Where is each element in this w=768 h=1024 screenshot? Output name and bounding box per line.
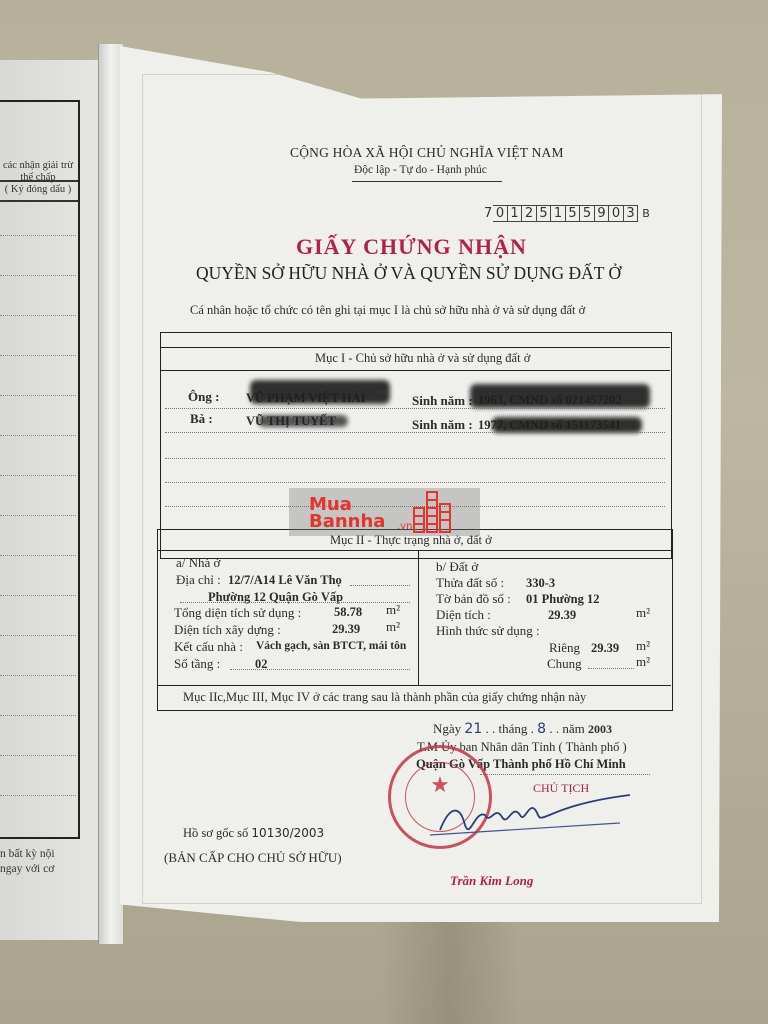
build-area-unit: m² xyxy=(386,619,400,635)
address-label: Địa chỉ : xyxy=(176,572,221,588)
left-dotted-line xyxy=(0,755,76,756)
dotted-line xyxy=(165,432,665,433)
left-stamp-box-text: các nhận giải trừ thế chấp ( Ký đóng dấu… xyxy=(0,160,76,196)
intro-text: Cá nhân hoặc tổ chức có tên ghi tại mục … xyxy=(190,303,585,318)
record-label: Hồ sơ gốc số xyxy=(183,826,248,840)
national-motto: Độc lập - Tự do - Hạnh phúc xyxy=(354,164,487,176)
land-heading: b/ Đất ở xyxy=(436,559,478,575)
left-page-frame xyxy=(0,100,80,839)
serial-digit: 2 xyxy=(522,205,537,222)
house-heading: a/ Nhà ở xyxy=(176,555,220,571)
parcel-value: 330-3 xyxy=(526,576,555,591)
map-sheet-label: Tờ bản đồ số : xyxy=(436,591,511,607)
build-area-label: Diện tích xây dựng : xyxy=(174,622,281,638)
land-area-unit: m² xyxy=(636,605,650,621)
serial-digit: 0 xyxy=(493,205,508,222)
left-dotted-line xyxy=(0,395,76,396)
left-dotted-line xyxy=(0,315,76,316)
address-line1: 12/7/A14 Lê Văn Thọ xyxy=(228,573,342,588)
certificate-subtitle: QUYỀN SỞ HỮU NHÀ Ở VÀ QUYỀN SỬ DỤNG ĐẤT … xyxy=(196,263,621,284)
left-dotted-line xyxy=(0,515,76,516)
left-text-line: thế chấp xyxy=(0,172,76,184)
left-divider xyxy=(0,200,78,202)
left-dotted-line xyxy=(0,675,76,676)
owner-female-label: Bà : xyxy=(190,411,213,427)
section2-column-divider xyxy=(418,550,419,685)
certificate-title: GIẤY CHỨNG NHẬN xyxy=(296,234,527,260)
parcel-label: Thửa đất số : xyxy=(436,575,504,591)
land-area-label: Diện tích : xyxy=(436,607,491,623)
total-area-label: Tổng diện tích sử dụng : xyxy=(174,605,301,621)
watermark-line2: Bannha xyxy=(309,513,385,531)
redaction-scribble xyxy=(492,417,642,433)
left-text-line: ( Ký đóng dấu ) xyxy=(0,184,76,196)
left-dotted-line xyxy=(0,435,76,436)
serial-digit: 9 xyxy=(595,205,610,222)
total-area-value: 58.78 xyxy=(334,605,362,620)
year-value: 2003 xyxy=(588,722,612,736)
private-label: Riêng xyxy=(549,640,580,656)
building-icon xyxy=(411,490,461,534)
left-dotted-line xyxy=(0,475,76,476)
total-area-unit: m² xyxy=(386,602,400,618)
year-label: năm xyxy=(562,721,584,736)
section1-heading-rule xyxy=(160,347,670,348)
usage-label: Hình thức sử dụng : xyxy=(436,623,540,639)
footer-note: Mục IIc,Mục III, Mục IV ở các trang sau … xyxy=(183,690,586,705)
left-text-line: các nhận giải trừ xyxy=(0,160,76,172)
serial-digit: 5 xyxy=(566,205,581,222)
dotted-line xyxy=(230,669,410,670)
motto-underline xyxy=(352,181,502,182)
serial-suffix: B xyxy=(642,207,650,220)
dotted-line xyxy=(480,774,650,775)
month-value: 8 xyxy=(537,721,546,737)
month-label: tháng xyxy=(499,721,528,736)
floors-label: Số tầng : xyxy=(174,656,220,672)
map-sheet-value: 01 Phường 12 xyxy=(526,592,599,607)
signature xyxy=(430,785,630,845)
section1-heading: Mục I - Chủ sở hữu nhà ở và sử dụng đất … xyxy=(315,351,530,366)
watermark-logo: Mua Bannha .vn xyxy=(289,488,480,536)
left-bottom-text: n bất kỳ nội xyxy=(0,848,55,860)
left-dotted-line xyxy=(0,715,76,716)
record-number-value: 10130/2003 xyxy=(251,826,324,840)
issue-date: Ngày 21 . . tháng . 8 . . năm 2003 xyxy=(433,721,612,737)
left-dotted-line xyxy=(0,275,76,276)
left-dotted-line xyxy=(0,235,76,236)
dotted-line xyxy=(350,585,410,586)
record-number: Hồ sơ gốc số 10130/2003 xyxy=(183,826,324,841)
redaction-scribble xyxy=(470,384,650,408)
left-page: các nhận giải trừ thế chấp ( Ký đóng dấu… xyxy=(0,60,105,940)
dotted-line xyxy=(180,602,410,603)
left-dotted-line xyxy=(0,595,76,596)
serial-digit: 1 xyxy=(551,205,566,222)
owner-male-birth-label: Sinh năm : xyxy=(412,393,473,409)
owner-female-birth-label: Sinh năm : xyxy=(412,417,473,433)
dotted-line xyxy=(165,458,665,459)
dotted-line xyxy=(165,408,665,409)
left-dotted-line xyxy=(0,795,76,796)
day-value: 21 xyxy=(464,721,482,737)
serial-number: 7 0 1 2 5 1 5 5 9 0 3 B xyxy=(484,205,650,222)
left-dotted-line xyxy=(0,635,76,636)
land-area-value: 29.39 xyxy=(548,608,576,623)
serial-prefix: 7 xyxy=(484,206,492,221)
redaction-scribble xyxy=(250,380,390,404)
day-label: Ngày xyxy=(433,721,461,736)
dotted-line xyxy=(588,668,634,669)
redaction-scribble xyxy=(258,415,348,427)
section2-heading-rule xyxy=(157,550,671,551)
build-area-value: 29.39 xyxy=(332,622,360,637)
structure-label: Kết cấu nhà : xyxy=(174,639,243,655)
serial-digit: 5 xyxy=(537,205,552,222)
private-area-unit: m² xyxy=(636,638,650,654)
shared-label: Chung xyxy=(547,656,582,672)
serial-digit: 0 xyxy=(609,205,624,222)
left-bottom-text: ngay với cơ xyxy=(0,863,54,875)
section2-footer-rule xyxy=(157,685,671,686)
booklet-spine xyxy=(98,44,123,944)
copy-note: (BẢN CẤP CHO CHỦ SỞ HỮU) xyxy=(164,850,342,866)
serial-digit: 3 xyxy=(624,205,639,222)
shared-area-unit: m² xyxy=(636,654,650,670)
structure-value: Vách gạch, sàn BTCT, mái tôn xyxy=(256,640,406,652)
serial-digit: 5 xyxy=(580,205,595,222)
section1-subrule xyxy=(160,370,670,371)
signer-name: Trần Kim Long xyxy=(450,873,533,889)
left-dotted-line xyxy=(0,355,76,356)
owner-male-label: Ông : xyxy=(188,389,219,405)
dotted-line xyxy=(165,482,665,483)
left-dotted-line xyxy=(0,555,76,556)
country-heading: CỘNG HÒA XÃ HỘI CHỦ NGHĨA VIỆT NAM xyxy=(290,145,564,161)
private-area-value: 29.39 xyxy=(591,641,619,656)
serial-digit: 1 xyxy=(508,205,523,222)
